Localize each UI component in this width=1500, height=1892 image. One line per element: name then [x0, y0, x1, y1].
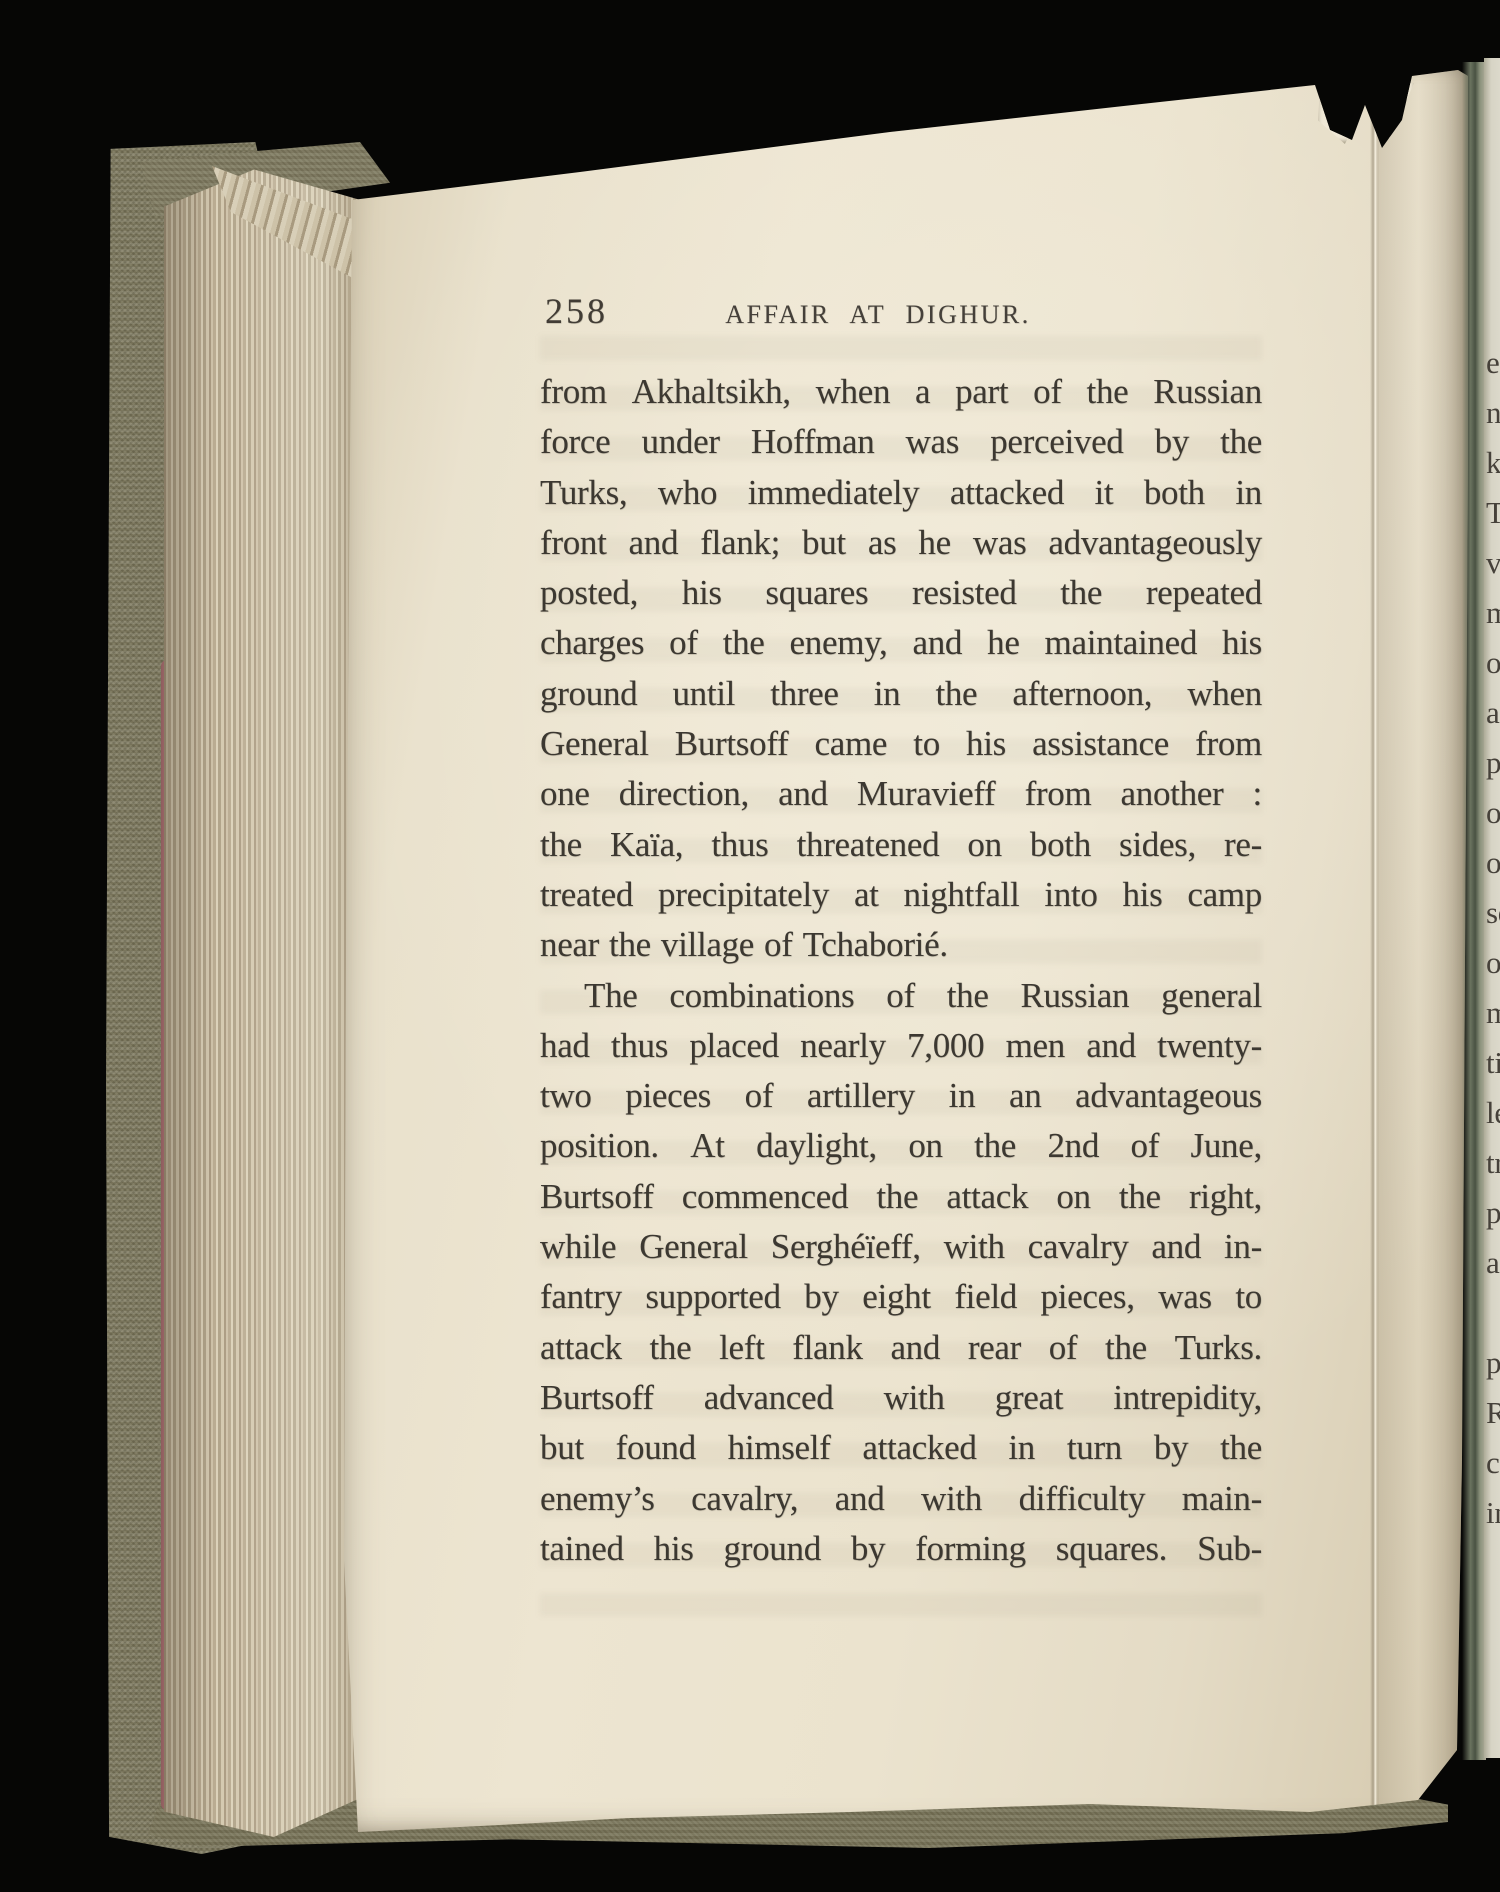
word: while [540, 1222, 616, 1272]
word: advantageous [1075, 1071, 1262, 1121]
word: daylight, [756, 1121, 877, 1171]
word: 7,000 [907, 1021, 984, 1071]
clipped-text-line: Tu [1486, 488, 1500, 538]
clipped-text-line [1486, 1288, 1500, 1338]
text-line: tainedhisgroundbyformingsquares.Sub- [540, 1524, 1262, 1574]
word: main- [1182, 1474, 1262, 1524]
word: was [906, 417, 960, 467]
clipped-text-line: ler [1486, 1088, 1500, 1138]
word: in- [1224, 1222, 1262, 1272]
word: At [690, 1121, 724, 1171]
word: Russian [1153, 367, 1262, 417]
word: enemy’s [540, 1474, 655, 1524]
word: into [1044, 870, 1097, 920]
word: under [642, 417, 720, 467]
word: and [1151, 1222, 1201, 1272]
word: his [1222, 618, 1262, 668]
word: turn [1067, 1423, 1122, 1473]
word: both [1030, 820, 1091, 870]
text-line: fromAkhaltsikh,whenapartoftheRussian [540, 367, 1262, 417]
word: part [955, 367, 1008, 417]
page-crease [1370, 60, 1379, 1838]
word: was [973, 518, 1027, 568]
word: he [918, 518, 950, 568]
text-line: hadthusplacednearly7,000menandtwenty- [540, 1021, 1262, 1071]
word: but [540, 1423, 584, 1473]
word: an [1009, 1071, 1041, 1121]
word: himself [728, 1423, 831, 1473]
word: eight [862, 1272, 930, 1322]
page-text: fromAkhaltsikh,whenapartoftheRussianforc… [540, 367, 1262, 1574]
word: position. [540, 1121, 659, 1171]
text-line: forceunderHoffmanwasperceivedbythe [540, 417, 1262, 467]
word: Kaïa, [610, 820, 683, 870]
clipped-text-line: n [1486, 388, 1500, 438]
text-line: grounduntilthreeintheafternoon,when [540, 669, 1262, 719]
text-line: twopiecesofartilleryinanadvantageous [540, 1071, 1262, 1121]
word: resisted [912, 568, 1017, 618]
word: assistance [1032, 719, 1169, 769]
clipped-text-line: a r [1486, 1238, 1500, 1288]
word: Tchaborié. [803, 920, 948, 970]
word: the [1060, 568, 1102, 618]
facing-page-text: enkeTuvimorapuococsoobmatillertrepra rpl… [1486, 338, 1500, 1538]
page-curl-shading [1378, 60, 1468, 1838]
word: the [935, 669, 977, 719]
word: Russian [1020, 971, 1129, 1021]
word: artillery [807, 1071, 915, 1121]
word: in [1008, 1423, 1035, 1473]
word: right, [1189, 1172, 1262, 1222]
word: by [1155, 417, 1189, 467]
word: to [1235, 1272, 1262, 1322]
word: one [540, 769, 590, 819]
word: threatened [797, 820, 940, 870]
word: cavalry [1028, 1222, 1129, 1272]
word: and [629, 518, 679, 568]
word: had [540, 1021, 590, 1071]
word: both [1144, 468, 1205, 518]
word: his [1122, 870, 1162, 920]
word: general [1161, 971, 1262, 1021]
word: Hoffman [751, 417, 875, 467]
word: ground [540, 669, 637, 719]
word: advanced [704, 1373, 834, 1423]
page-number: 258 [545, 292, 608, 330]
word: of [886, 971, 915, 1021]
word: intrepidity, [1113, 1373, 1262, 1423]
clipped-text-line: ma [1486, 988, 1500, 1038]
word: thus [711, 820, 768, 870]
clipped-text-line: oc [1486, 788, 1500, 838]
word: two [540, 1071, 592, 1121]
word: tained [540, 1524, 624, 1574]
word: the [650, 1323, 692, 1373]
word: in [949, 1071, 976, 1121]
word: a [915, 367, 930, 417]
word: direction, [619, 769, 749, 819]
word: and [890, 1323, 940, 1373]
word: : [1253, 769, 1262, 819]
word: of [1131, 1121, 1160, 1171]
word: to [913, 719, 940, 769]
word: ground [724, 1524, 821, 1574]
clipped-text-line: or [1486, 638, 1500, 688]
word: the [1220, 417, 1262, 467]
word: thus [611, 1021, 668, 1071]
word: force [540, 417, 610, 467]
clipped-text-line: Ru [1486, 1388, 1500, 1438]
word: Turks, [540, 468, 627, 518]
word: in [874, 669, 901, 719]
text-line: Turks,whoimmediatelyattackeditbothin [540, 468, 1262, 518]
book-scan: 258 AFFAIR AT DIGHUR. fromAkhaltsikh,whe… [0, 0, 1500, 1892]
clipped-text-line: pu [1486, 738, 1500, 788]
word: at [854, 870, 879, 920]
text-line: chargesoftheenemy,andhemaintainedhis [540, 618, 1262, 668]
word: forming [915, 1524, 1026, 1574]
word: as [868, 518, 897, 568]
text-line: enemy’scavalry,andwithdifficultymain- [540, 1474, 1262, 1524]
clipped-text-line: ple [1486, 1338, 1500, 1388]
word: until [672, 669, 735, 719]
word: found [616, 1423, 696, 1473]
word: Burtsoff [540, 1172, 654, 1222]
text-line: theKaïa,thusthreatenedonbothsides,re- [540, 820, 1262, 870]
word: cavalry, [691, 1474, 798, 1524]
word: on [908, 1121, 942, 1171]
word: supported [645, 1272, 780, 1322]
word: of [1033, 367, 1062, 417]
word: near [540, 920, 599, 970]
word: the [1119, 1172, 1161, 1222]
word: he [987, 618, 1019, 668]
word: Muravieff [857, 769, 996, 819]
clipped-text-line: e [1486, 338, 1500, 388]
text-line: treatedprecipitatelyatnightfallintohisca… [540, 870, 1262, 920]
word: the [1087, 367, 1129, 417]
page-fore-edges [164, 156, 360, 1842]
word: great [995, 1373, 1063, 1423]
text-line: Burtsoffcommencedtheattackontheright, [540, 1172, 1262, 1222]
word: the [609, 920, 651, 970]
word: combinations [669, 971, 854, 1021]
text-line: frontandflank;butashewasadvantageously [540, 518, 1262, 568]
word: three [770, 669, 838, 719]
word: and [778, 769, 828, 819]
word: men [1006, 1021, 1065, 1071]
word: who [658, 468, 717, 518]
word: commenced [682, 1172, 848, 1222]
word: and [913, 618, 963, 668]
word: the [876, 1172, 918, 1222]
word: when [816, 367, 891, 417]
word: The [584, 971, 638, 1021]
clipped-text-line: pr [1486, 1188, 1500, 1238]
clipped-text-line: tre [1486, 1138, 1500, 1188]
word: afternoon, [1012, 669, 1152, 719]
word: of [1049, 1323, 1078, 1373]
text-line: whileGeneralSerghéïeff,withcavalryandin- [540, 1222, 1262, 1272]
word: repeated [1146, 568, 1262, 618]
word: left [719, 1323, 764, 1373]
word: Akhaltsikh, [632, 367, 791, 417]
word: by [851, 1524, 885, 1574]
running-header: AFFAIR AT DIGHUR. [725, 300, 1031, 330]
clipped-text-line: m [1486, 588, 1500, 638]
word: and [1086, 1021, 1136, 1071]
word: twenty- [1157, 1021, 1262, 1071]
text-line: posted,hissquaresresistedtherepeated [540, 568, 1262, 618]
clipped-text-line: ob [1486, 938, 1500, 988]
word: from [540, 367, 607, 417]
word: Burtsoff [675, 719, 789, 769]
word: when [1187, 669, 1262, 719]
word: by [1154, 1423, 1188, 1473]
word: the [974, 1121, 1016, 1171]
word: Turks. [1175, 1323, 1262, 1373]
clipped-text-line: con [1486, 1438, 1500, 1488]
word: of [745, 1071, 774, 1121]
word: the [1105, 1323, 1147, 1373]
word: posted, [540, 568, 638, 618]
word: placed [689, 1021, 779, 1071]
word: nearly [800, 1021, 886, 1071]
clipped-text-line: infa [1486, 1488, 1500, 1538]
word: with [944, 1222, 1005, 1272]
word: charges [540, 618, 644, 668]
word: squares. [1056, 1524, 1167, 1574]
word: front [540, 518, 607, 568]
clipped-text-line: til [1486, 1038, 1500, 1088]
word: June, [1191, 1121, 1262, 1171]
text-line: position.Atdaylight,onthe2ndofJune, [540, 1121, 1262, 1171]
word: from [1195, 719, 1262, 769]
word: his [682, 568, 722, 618]
word: perceived [990, 417, 1123, 467]
word: treated [540, 870, 633, 920]
word: General [540, 719, 649, 769]
word: of [764, 920, 793, 970]
word: and [835, 1474, 885, 1524]
word: attacked [950, 468, 1064, 518]
word: with [921, 1474, 982, 1524]
word: in [1235, 468, 1262, 518]
word: his [654, 1524, 694, 1574]
word: Serghéïeff, [771, 1222, 921, 1272]
text-line: Burtsoffadvancedwithgreatintrepidity, [540, 1373, 1262, 1423]
text-line: attacktheleftflankandrearoftheTurks. [540, 1323, 1262, 1373]
word: field [954, 1272, 1017, 1322]
word: 2nd [1047, 1121, 1099, 1171]
word: another [1121, 769, 1224, 819]
word: flank [792, 1323, 862, 1373]
word: maintained [1045, 618, 1198, 668]
word: attacked [862, 1423, 976, 1473]
word: it [1094, 468, 1113, 518]
word: difficulty [1019, 1474, 1146, 1524]
word: flank; [700, 518, 780, 568]
word: on [1056, 1172, 1090, 1222]
word: attack [946, 1172, 1028, 1222]
clipped-text-line: vi [1486, 538, 1500, 588]
word: enemy, [790, 618, 888, 668]
word: Sub- [1197, 1524, 1262, 1574]
clipped-text-line: ke [1486, 438, 1500, 488]
word: General [639, 1222, 748, 1272]
word: advantageously [1048, 518, 1262, 568]
word: of [669, 618, 698, 668]
word: his [966, 719, 1006, 769]
text-line: ThecombinationsoftheRussiangeneral [540, 971, 1262, 1021]
word: rear [968, 1323, 1021, 1373]
word: immediately [748, 468, 920, 518]
word: Burtsoff [540, 1373, 654, 1423]
word: village [661, 920, 754, 970]
word: attack [540, 1323, 622, 1373]
word: the [723, 618, 765, 668]
clipped-text-line: a [1486, 688, 1500, 738]
word: by [804, 1272, 838, 1322]
word: fantry [540, 1272, 622, 1322]
word: on [967, 820, 1001, 870]
word: was [1158, 1272, 1212, 1322]
clipped-text-line: oc [1486, 838, 1500, 888]
text-line: GeneralBurtsoffcametohisassistancefrom [540, 719, 1262, 769]
word: but [802, 518, 846, 568]
word: with [884, 1373, 945, 1423]
word: from [1025, 769, 1092, 819]
word: pieces, [1041, 1272, 1135, 1322]
text-line: butfoundhimselfattackedinturnbythe [540, 1423, 1262, 1473]
word: pieces [625, 1071, 711, 1121]
word: the [540, 820, 582, 870]
word: nightfall [904, 870, 1020, 920]
word: precipitately [658, 870, 829, 920]
word: the [947, 971, 989, 1021]
word: came [815, 719, 888, 769]
text-line: fantrysupportedbyeightfieldpieces,wasto [540, 1272, 1262, 1322]
text-line: nearthevillageofTchaborié. [540, 920, 1262, 970]
clipped-text-line: so [1486, 888, 1500, 938]
word: squares [765, 568, 868, 618]
word: re- [1224, 820, 1262, 870]
text-line: onedirection,andMuraviefffromanother: [540, 769, 1262, 819]
word: the [1220, 1423, 1262, 1473]
word: sides, [1119, 820, 1196, 870]
word: camp [1187, 870, 1262, 920]
page-gutter-shadow [1462, 62, 1486, 1760]
